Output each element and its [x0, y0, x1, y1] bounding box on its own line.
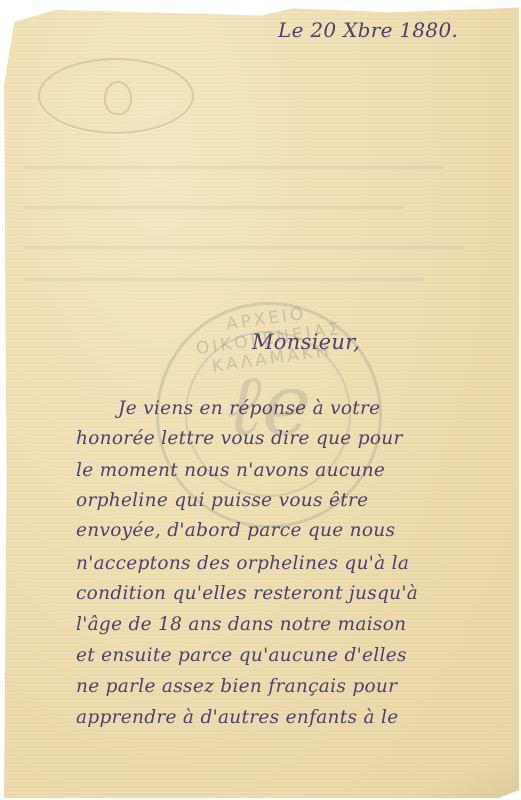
body-line: le moment nous n'avons aucune: [76, 460, 385, 481]
body-line: l'âge de 18 ans dans notre maison: [76, 614, 406, 635]
bleed-through-line: [24, 206, 404, 209]
bleed-through-line: [24, 278, 424, 281]
letter-salutation: Monsieur,: [252, 330, 360, 354]
body-line: envoyée, d'abord parce que nous: [76, 520, 395, 541]
paper-fold: [379, 738, 519, 798]
body-line: honorée lettre vous dire que pour: [76, 428, 403, 449]
letter-date: Le 20 Xbre 1880.: [278, 18, 458, 42]
body-line: ne parle assez bien français pour: [76, 676, 397, 697]
bleed-through-line: [24, 246, 464, 249]
body-line: condition qu'elles resteront jusqu'à: [76, 583, 418, 604]
seal-heart-icon: [104, 81, 132, 115]
bleed-through-line: [24, 166, 444, 169]
body-line: Je viens en réponse à votre: [118, 398, 380, 419]
embossed-seal-icon: [38, 58, 194, 134]
body-line: apprendre à d'autres enfants à le: [76, 707, 398, 728]
body-line: n'acceptons des orphelines qu'à la: [76, 553, 409, 574]
body-line: et ensuite parce qu'aucune d'elles: [76, 645, 407, 666]
body-line: orpheline qui puisse vous être: [76, 490, 368, 511]
